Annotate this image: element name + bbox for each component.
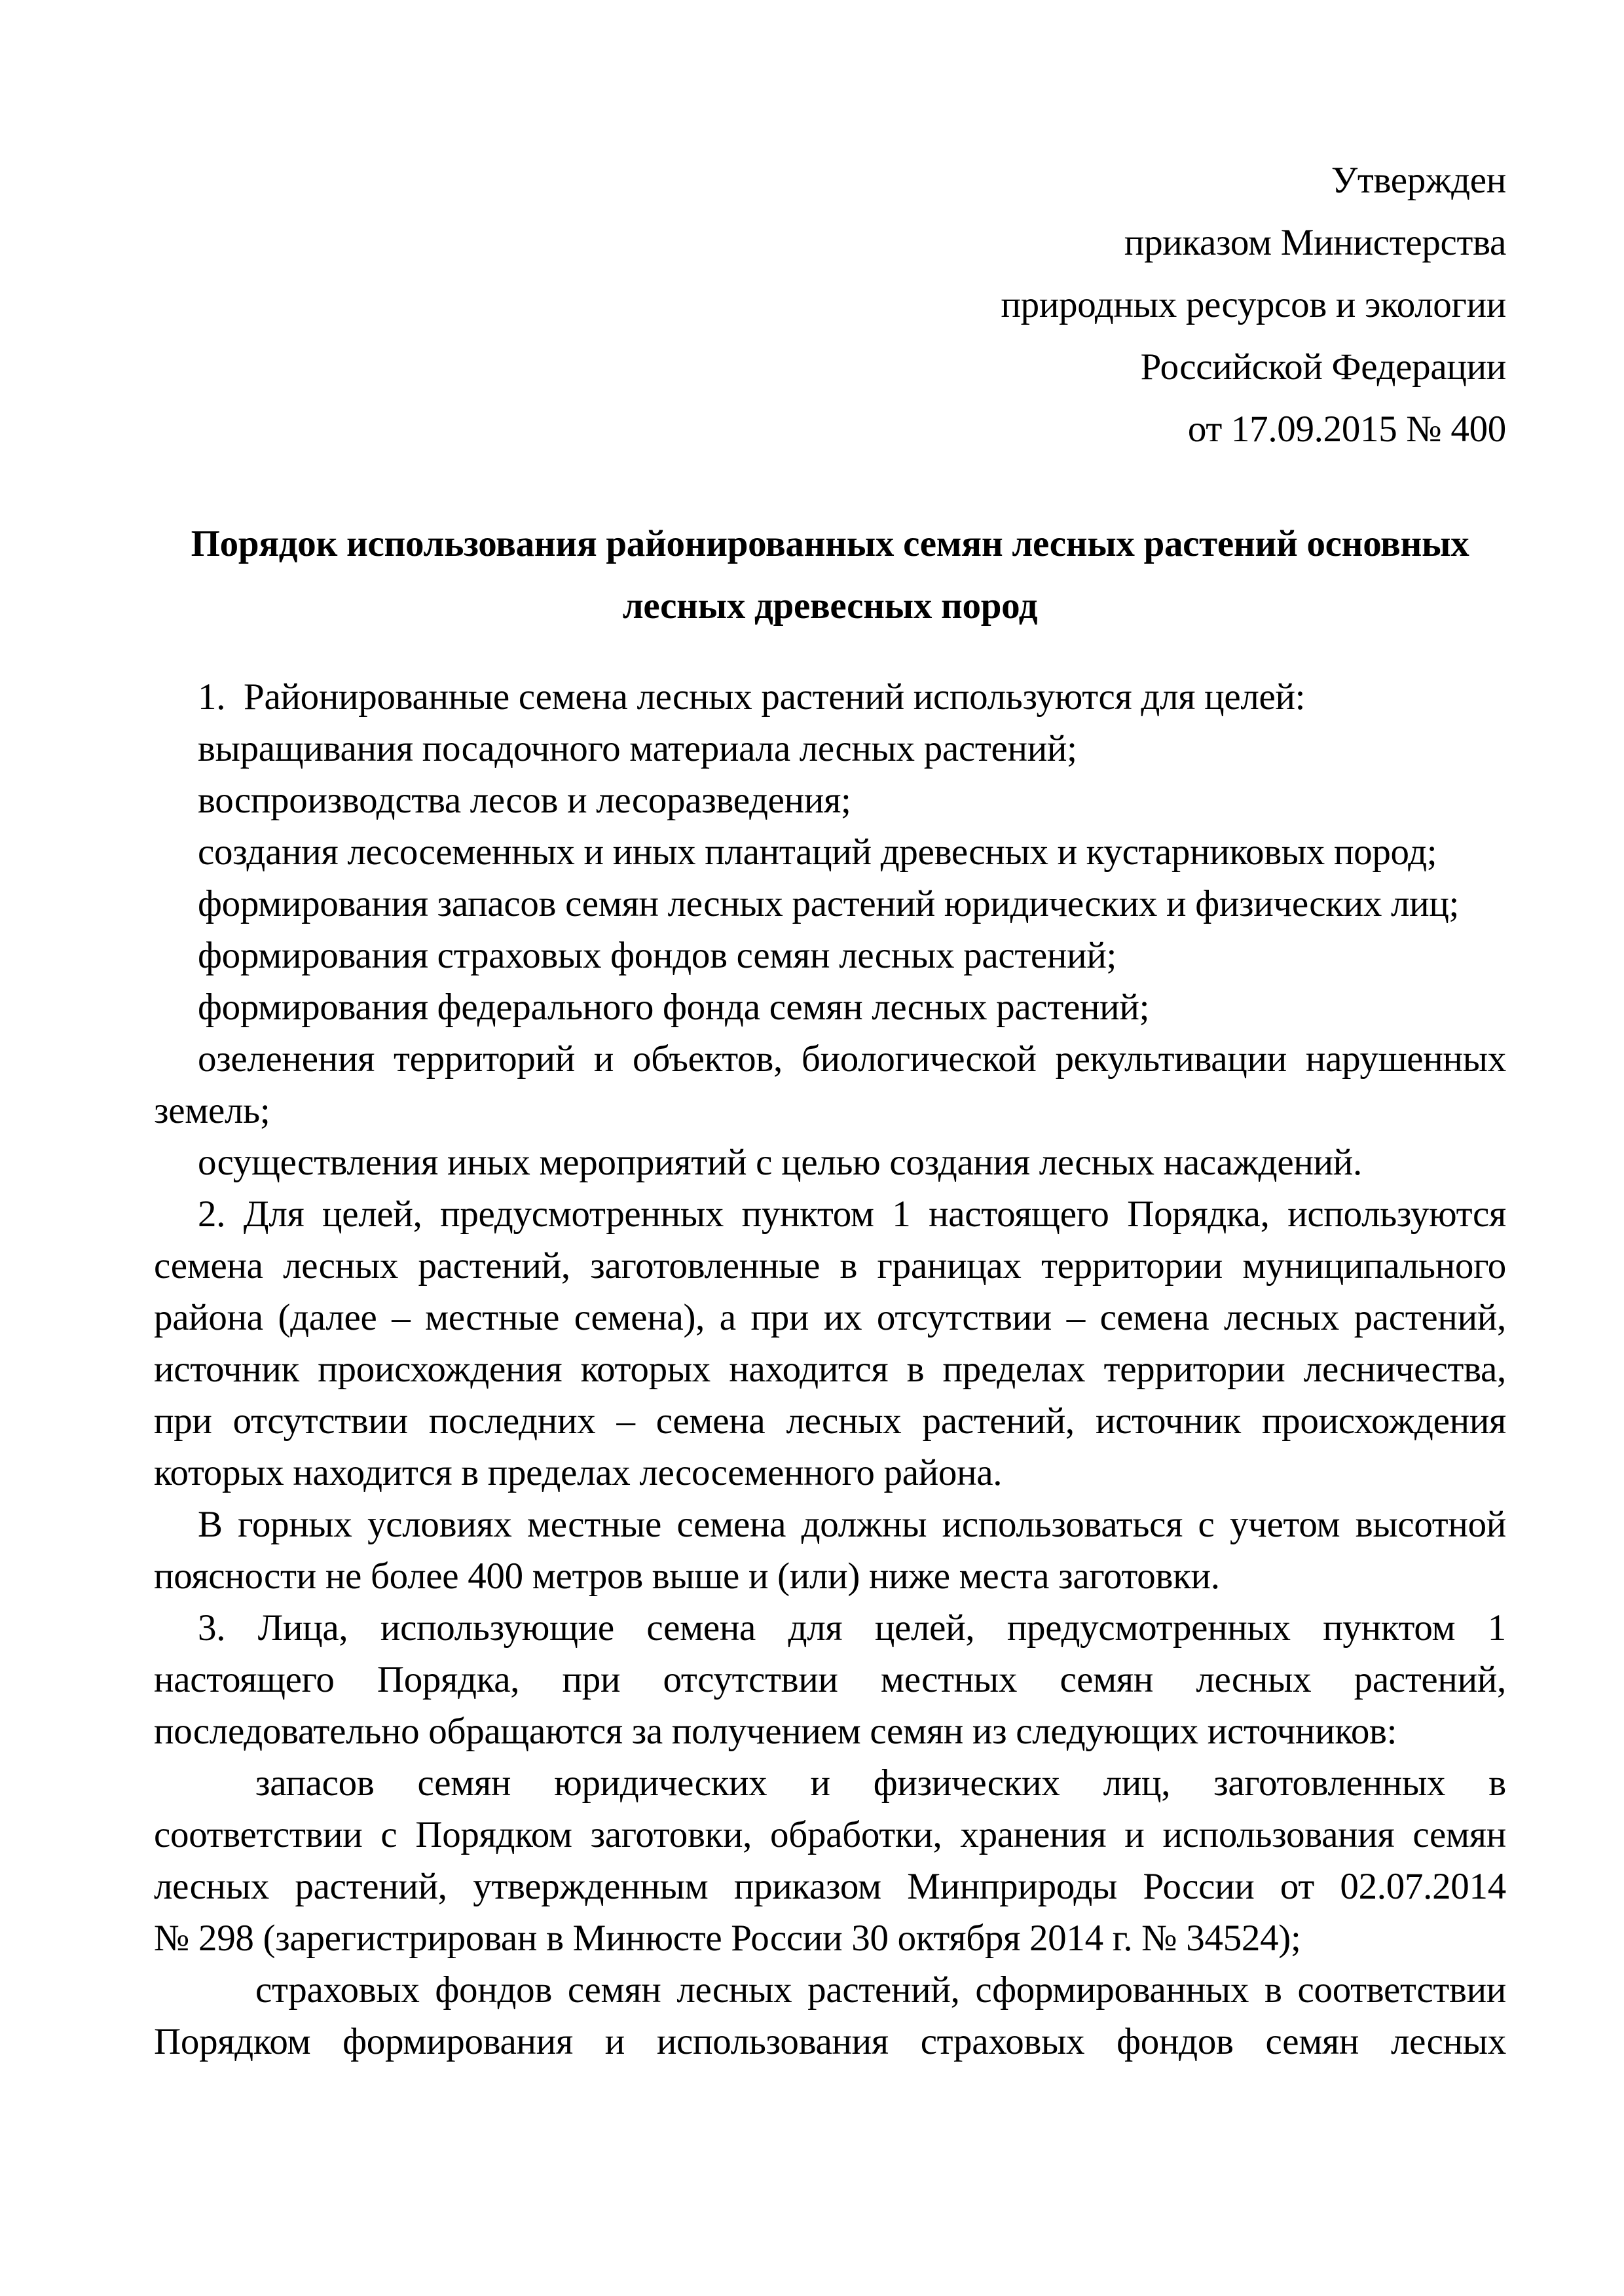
title-line: лесных древесных пород xyxy=(154,575,1506,637)
body-text-line: лесныхрастений,утвержденнымприказомМинпр… xyxy=(154,1861,1506,1912)
document-body: 1. Районированные семена лесных растений… xyxy=(154,671,1506,2068)
body-text-line: Порядкомформированияииспользованиястрахо… xyxy=(154,2016,1506,2068)
approval-line: Российской Федерации xyxy=(154,336,1506,398)
approval-date-line: от 17.09.2015 № 400 xyxy=(154,398,1506,460)
body-text-line: формирования запасов семян лесных растен… xyxy=(154,878,1506,930)
approval-line: приказом Министерства xyxy=(154,211,1506,274)
body-text-line: поясности не более 400 метров выше и (ил… xyxy=(154,1550,1506,1602)
body-text-line: создания лесосеменных и иных плантаций д… xyxy=(154,826,1506,878)
body-text-line: которых находится в пределах лесосеменно… xyxy=(154,1447,1506,1499)
body-text-line: выращивания посадочного материала лесных… xyxy=(154,723,1506,774)
title-line: Порядок использования районированных сем… xyxy=(154,513,1506,575)
body-text-line: последовательно обращаются за получением… xyxy=(154,1705,1506,1757)
body-text-line: формирования страховых фондов семян лесн… xyxy=(154,930,1506,981)
body-text-line: формирования федерального фонда семян ле… xyxy=(154,981,1506,1033)
body-text-line: воспроизводства лесов и лесоразведения; xyxy=(154,774,1506,826)
body-text-line: 2.Дляцелей,предусмотренныхпунктом1настоя… xyxy=(154,1188,1506,1240)
body-text-line: 1. Районированные семена лесных растений… xyxy=(154,671,1506,723)
body-text-line: осуществления иных мероприятий с целью с… xyxy=(154,1137,1506,1188)
body-text-line: семеналесныхрастений,заготовленныевграни… xyxy=(154,1240,1506,1292)
body-text-line: настоящегоПорядка,приотсутствииместныхсе… xyxy=(154,1654,1506,1705)
body-text-line: Вгорныхусловияхместныесеменадолжныисполь… xyxy=(154,1499,1506,1550)
document-content: Утвержден приказом Министерства природны… xyxy=(0,0,1624,2068)
body-text-line: запасовсемянюридическихифизическихлиц,за… xyxy=(154,1757,1506,1809)
approval-line: природных ресурсов и экологии xyxy=(154,274,1506,336)
body-text-line: соответствиисПорядкомзаготовки,обработки… xyxy=(154,1809,1506,1861)
body-text-line: № 298 (зарегистрирован в Минюсте России … xyxy=(154,1912,1506,1964)
approval-line: Утвержден xyxy=(154,149,1506,211)
body-text-line: 3.Лица,использующиесеменадляцелей,предус… xyxy=(154,1602,1506,1654)
document-title: Порядок использования районированных сем… xyxy=(154,513,1506,637)
body-text-line: источникпроисхождениякоторыхнаходитсявпр… xyxy=(154,1343,1506,1395)
body-text-line: приотсутствиипоследних–семеналесныхрасте… xyxy=(154,1395,1506,1447)
approval-block: Утвержден приказом Министерства природны… xyxy=(154,0,1506,460)
body-text-line: земель; xyxy=(154,1085,1506,1137)
body-text-line: страховыхфондовсемянлесныхрастений,сформ… xyxy=(154,1964,1506,2016)
body-text-line: озеленениятерриторийиобъектов,биологичес… xyxy=(154,1033,1506,1085)
body-text-line: района(далее–местныесемена),априихотсутс… xyxy=(154,1292,1506,1343)
document-page: Утвержден приказом Министерства природны… xyxy=(0,0,1624,2296)
